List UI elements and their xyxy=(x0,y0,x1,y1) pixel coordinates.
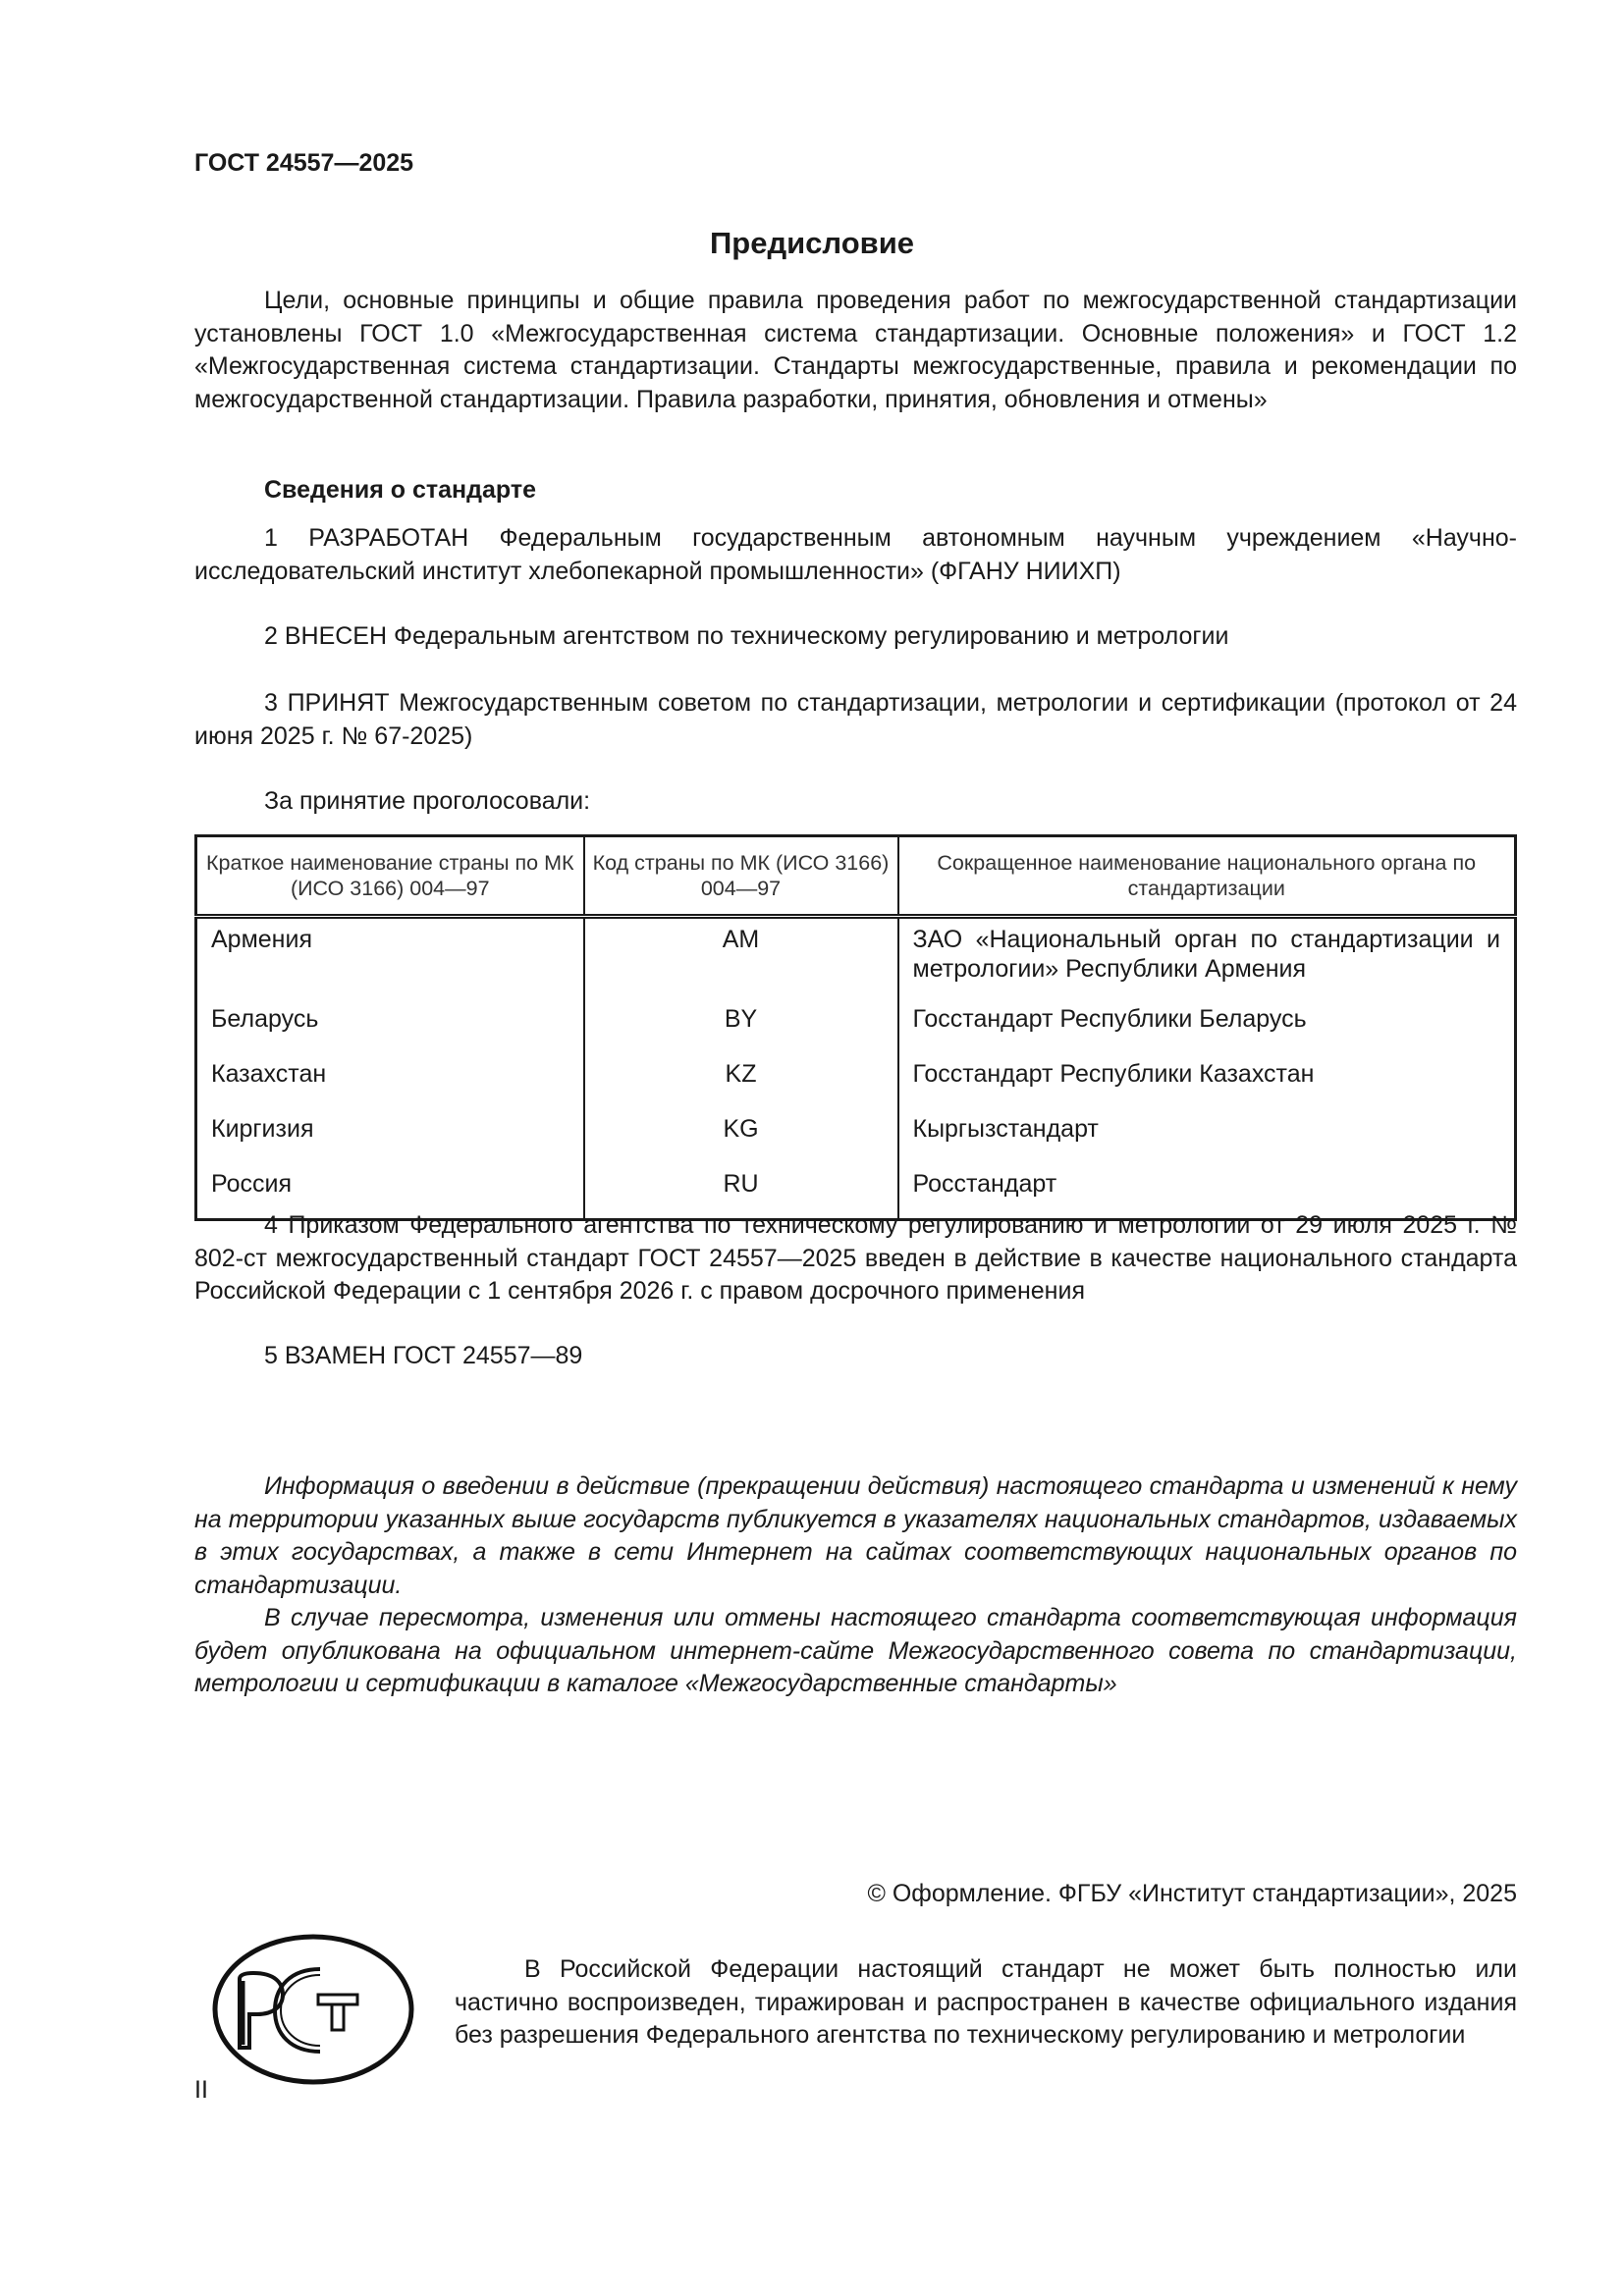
notice-paragraph-2: В случае пересмотра, изменения или отмен… xyxy=(194,1602,1517,1701)
country-cell: Беларусь xyxy=(196,998,584,1053)
item-4: 4 Приказом Федерального агентства по тех… xyxy=(194,1209,1517,1308)
table-row: Беларусь BY Госстандарт Республики Белар… xyxy=(196,998,1516,1053)
document-code-header: ГОСТ 24557—2025 xyxy=(194,149,413,178)
body-cell: ЗАО «Национальный орган по стандартизаци… xyxy=(898,917,1516,999)
reproduction-notice: В Российской Федерации настоящий стандар… xyxy=(455,1953,1517,2053)
header-code: Код страны по МК (ИСО 3166) 004—97 xyxy=(584,836,898,917)
code-cell: AM xyxy=(584,917,898,999)
country-cell: Армения xyxy=(196,917,584,999)
item-2: 2 ВНЕСЕН Федеральным агентством по техни… xyxy=(194,620,1517,654)
page-title: Предисловие xyxy=(0,226,1624,261)
section-heading: Сведения о стандарте xyxy=(194,474,1517,507)
item-1: 1 РАЗРАБОТАН Федеральным государственным… xyxy=(194,522,1517,588)
code-cell: BY xyxy=(584,998,898,1053)
rst-logo-icon xyxy=(210,1932,416,2087)
table-row: Казахстан KZ Госстандарт Республики Каза… xyxy=(196,1053,1516,1108)
item-5: 5 ВЗАМЕН ГОСТ 24557—89 xyxy=(194,1340,1517,1373)
table-header-row: Краткое наименование страны по МК (ИСО 3… xyxy=(196,836,1516,917)
body-cell: Госстандарт Республики Казахстан xyxy=(898,1053,1516,1108)
vote-label: За принятие проголосовали: xyxy=(194,785,1517,819)
page-number: II xyxy=(194,2076,208,2105)
header-body: Сокращенное наименование национального о… xyxy=(898,836,1516,917)
voting-table: Краткое наименование страны по МК (ИСО 3… xyxy=(194,834,1517,1221)
copyright-line: © Оформление. ФГБУ «Институт стандартиза… xyxy=(194,1880,1517,1908)
item-3: 3 ПРИНЯТ Межгосударственным советом по с… xyxy=(194,687,1517,753)
country-cell: Киргизия xyxy=(196,1108,584,1163)
table-row: Киргизия KG Кыргызстандарт xyxy=(196,1108,1516,1163)
code-cell: KG xyxy=(584,1108,898,1163)
notice-paragraph-1: Информация о введении в действие (прекра… xyxy=(194,1470,1517,1602)
body-cell: Госстандарт Республики Беларусь xyxy=(898,998,1516,1053)
intro-paragraph: Цели, основные принципы и общие правила … xyxy=(194,285,1517,416)
code-cell: KZ xyxy=(584,1053,898,1108)
country-cell: Казахстан xyxy=(196,1053,584,1108)
header-country: Краткое наименование страны по МК (ИСО 3… xyxy=(196,836,584,917)
table-row: Армения AM ЗАО «Национальный орган по ст… xyxy=(196,917,1516,999)
body-cell: Кыргызстандарт xyxy=(898,1108,1516,1163)
